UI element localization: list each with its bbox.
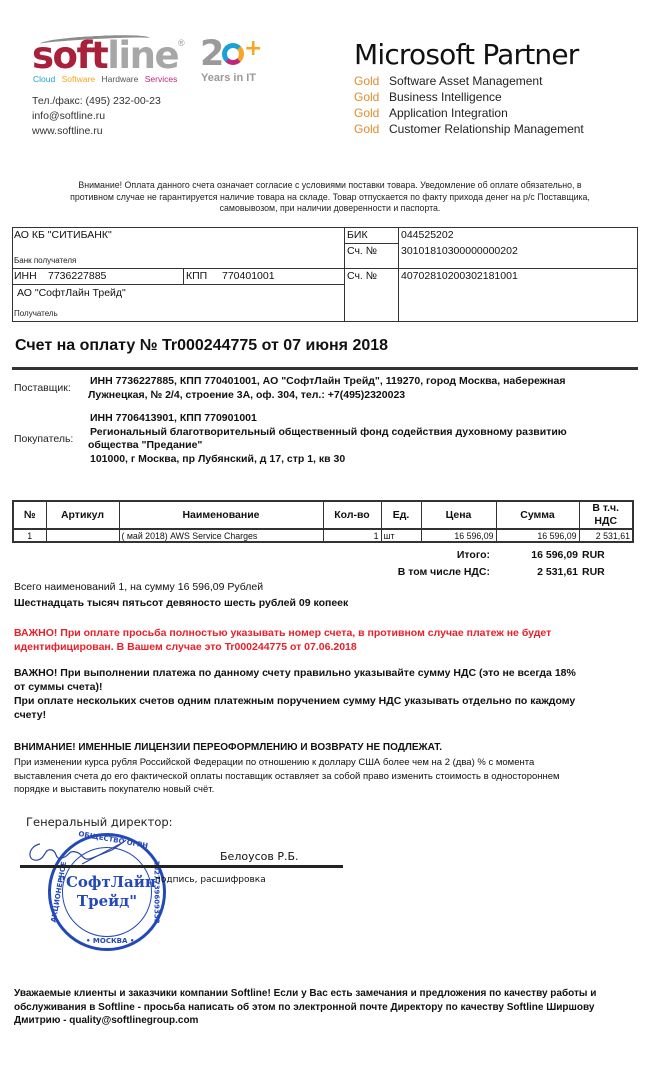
recipient-name: АО "СофтЛайн Трейд" xyxy=(17,287,126,299)
col-header-name: Наименование xyxy=(119,501,323,529)
cell-sum: 16 596,09 xyxy=(496,529,579,542)
total-currency: RUR xyxy=(582,549,605,561)
kpp-value: 770401001 xyxy=(222,270,275,282)
col-header-qty: Кол-во xyxy=(323,501,381,529)
bik-label: БИК xyxy=(347,229,368,241)
vat-total-value: 2 531,61 xyxy=(498,566,578,578)
inn-label: ИНН xyxy=(14,270,37,282)
ms-competency: GoldBusiness Intelligence xyxy=(354,89,584,105)
tagline-software: Software xyxy=(62,74,96,84)
corr-account-label: Сч. № xyxy=(347,245,377,257)
tagline-services: Services xyxy=(145,74,178,84)
quality-feedback-note: Уважаемые клиенты и заказчики компании S… xyxy=(14,987,596,1028)
kpp-label: КПП xyxy=(186,270,207,282)
amount-in-words: Шестнадцать тысяч пятьсот девяносто шест… xyxy=(14,596,348,610)
total-label: Итого: xyxy=(290,549,490,561)
corr-account-value: 30101810300000000202 xyxy=(401,245,518,257)
divider xyxy=(398,227,399,322)
divider xyxy=(344,243,398,244)
exchange-rate-notice: При изменении курса рубля Российской Фед… xyxy=(14,756,560,797)
ms-competency-list: GoldSoftware Asset Management GoldBusine… xyxy=(354,73,584,137)
contact-phone: Тел./факс: (495) 232-00-23 xyxy=(32,94,161,109)
divider xyxy=(12,284,344,285)
logo-soft-text: soft xyxy=(32,34,107,77)
years-ring-icon xyxy=(222,43,244,65)
col-header-unit: Ед. xyxy=(381,501,421,529)
registered-mark: ® xyxy=(178,38,185,48)
license-warning-title: ВНИМАНИЕ! ИМЕННЫЕ ЛИЦЕНЗИИ ПЕРЕОФОРМЛЕНИ… xyxy=(14,741,442,755)
cell-price: 16 596,09 xyxy=(421,529,496,542)
cell-name: ( май 2018) AWS Service Charges xyxy=(119,529,323,542)
total-value: 16 596,09 xyxy=(498,549,578,561)
supplier-details: ИНН 7736227885, КПП 770401001, АО "СофтЛ… xyxy=(90,375,565,402)
inn-value: 7736227885 xyxy=(48,270,106,282)
softline-logo: softline xyxy=(32,38,178,74)
signature-line xyxy=(20,865,343,868)
director-role: Генеральный директор: xyxy=(26,815,173,829)
cell-no: 1 xyxy=(13,529,46,542)
col-header-no: № xyxy=(13,501,46,529)
divider xyxy=(183,268,184,284)
col-header-article: Артикул xyxy=(46,501,119,529)
tagline-hardware: Hardware xyxy=(102,74,139,84)
ms-competency: GoldCustomer Relationship Management xyxy=(354,121,584,137)
company-contacts: Тел./факс: (495) 232-00-23 info@softline… xyxy=(32,94,161,139)
bank-name: АО КБ "СИТИБАНК" xyxy=(14,229,112,241)
invoice-title: Счет на оплату № Tr000244775 от 07 июня … xyxy=(15,337,388,355)
col-header-sum: Сумма xyxy=(496,501,579,529)
buyer-label: Покупатель: xyxy=(14,433,73,445)
items-count-summary: Всего наименований 1, на сумму 16 596,09… xyxy=(14,580,263,594)
buyer-details: ИНН 7706413901, КПП 770901001 Региональн… xyxy=(90,412,567,466)
col-header-vat: В т.ч. НДС xyxy=(579,501,633,529)
supplier-label: Поставщик: xyxy=(14,382,71,394)
cell-article xyxy=(46,529,119,542)
director-name: Белоусов Р.Б. xyxy=(220,850,299,864)
ms-competency: GoldApplication Integration xyxy=(354,105,584,121)
ms-partner-title: Microsoft Partner xyxy=(354,38,578,71)
items-table: № Артикул Наименование Кол-во Ед. Цена С… xyxy=(12,500,634,543)
bik-value: 044525202 xyxy=(401,229,454,241)
vat-total-label: В том числе НДС: xyxy=(290,566,490,578)
signature-icon xyxy=(22,838,132,868)
contact-website[interactable]: www.softline.ru xyxy=(32,124,161,139)
logo-tagline: Cloud Software Hardware Services xyxy=(33,74,181,84)
logo-line-text: line xyxy=(107,34,178,77)
stamp-bottom-text: • МОСКВА • xyxy=(86,937,134,945)
cell-vat: 2 531,61 xyxy=(579,529,633,542)
title-divider xyxy=(12,367,638,370)
signature-caption: подпись, расшифровка xyxy=(155,873,266,887)
cell-qty: 1 xyxy=(323,529,381,542)
items-header-row: № Артикул Наименование Кол-во Ед. Цена С… xyxy=(13,501,633,529)
important-invoice-number-warning: ВАЖНО! При оплате просьба полностью указ… xyxy=(14,626,551,654)
table-row: 1 ( май 2018) AWS Service Charges 1 шт 1… xyxy=(13,529,633,542)
payment-notice: Внимание! Оплата данного счета означает … xyxy=(70,180,590,215)
contact-email[interactable]: info@softline.ru xyxy=(32,109,161,124)
years-label: Years in IT xyxy=(201,72,256,84)
account-value: 40702810200302181001 xyxy=(401,270,518,282)
account-label: Сч. № xyxy=(347,270,377,282)
stamp-company-name: "СофтЛайн Трейд" xyxy=(48,873,166,911)
important-vat-warning: ВАЖНО! При выполнении платежа по данному… xyxy=(14,666,576,722)
divider xyxy=(12,268,638,269)
ms-competency: GoldSoftware Asset Management xyxy=(354,73,584,89)
tagline-cloud: Cloud xyxy=(33,74,55,84)
stamp-right-text: 1027739609333 xyxy=(153,860,161,923)
recipient-label: Получатель xyxy=(14,309,58,318)
cell-unit: шт xyxy=(381,529,421,542)
col-header-price: Цена xyxy=(421,501,496,529)
years-number: 2 xyxy=(200,36,222,72)
years-plus: + xyxy=(244,36,262,61)
vat-total-currency: RUR xyxy=(582,566,605,578)
divider xyxy=(344,227,345,322)
bank-label: Банк получателя xyxy=(14,256,76,265)
